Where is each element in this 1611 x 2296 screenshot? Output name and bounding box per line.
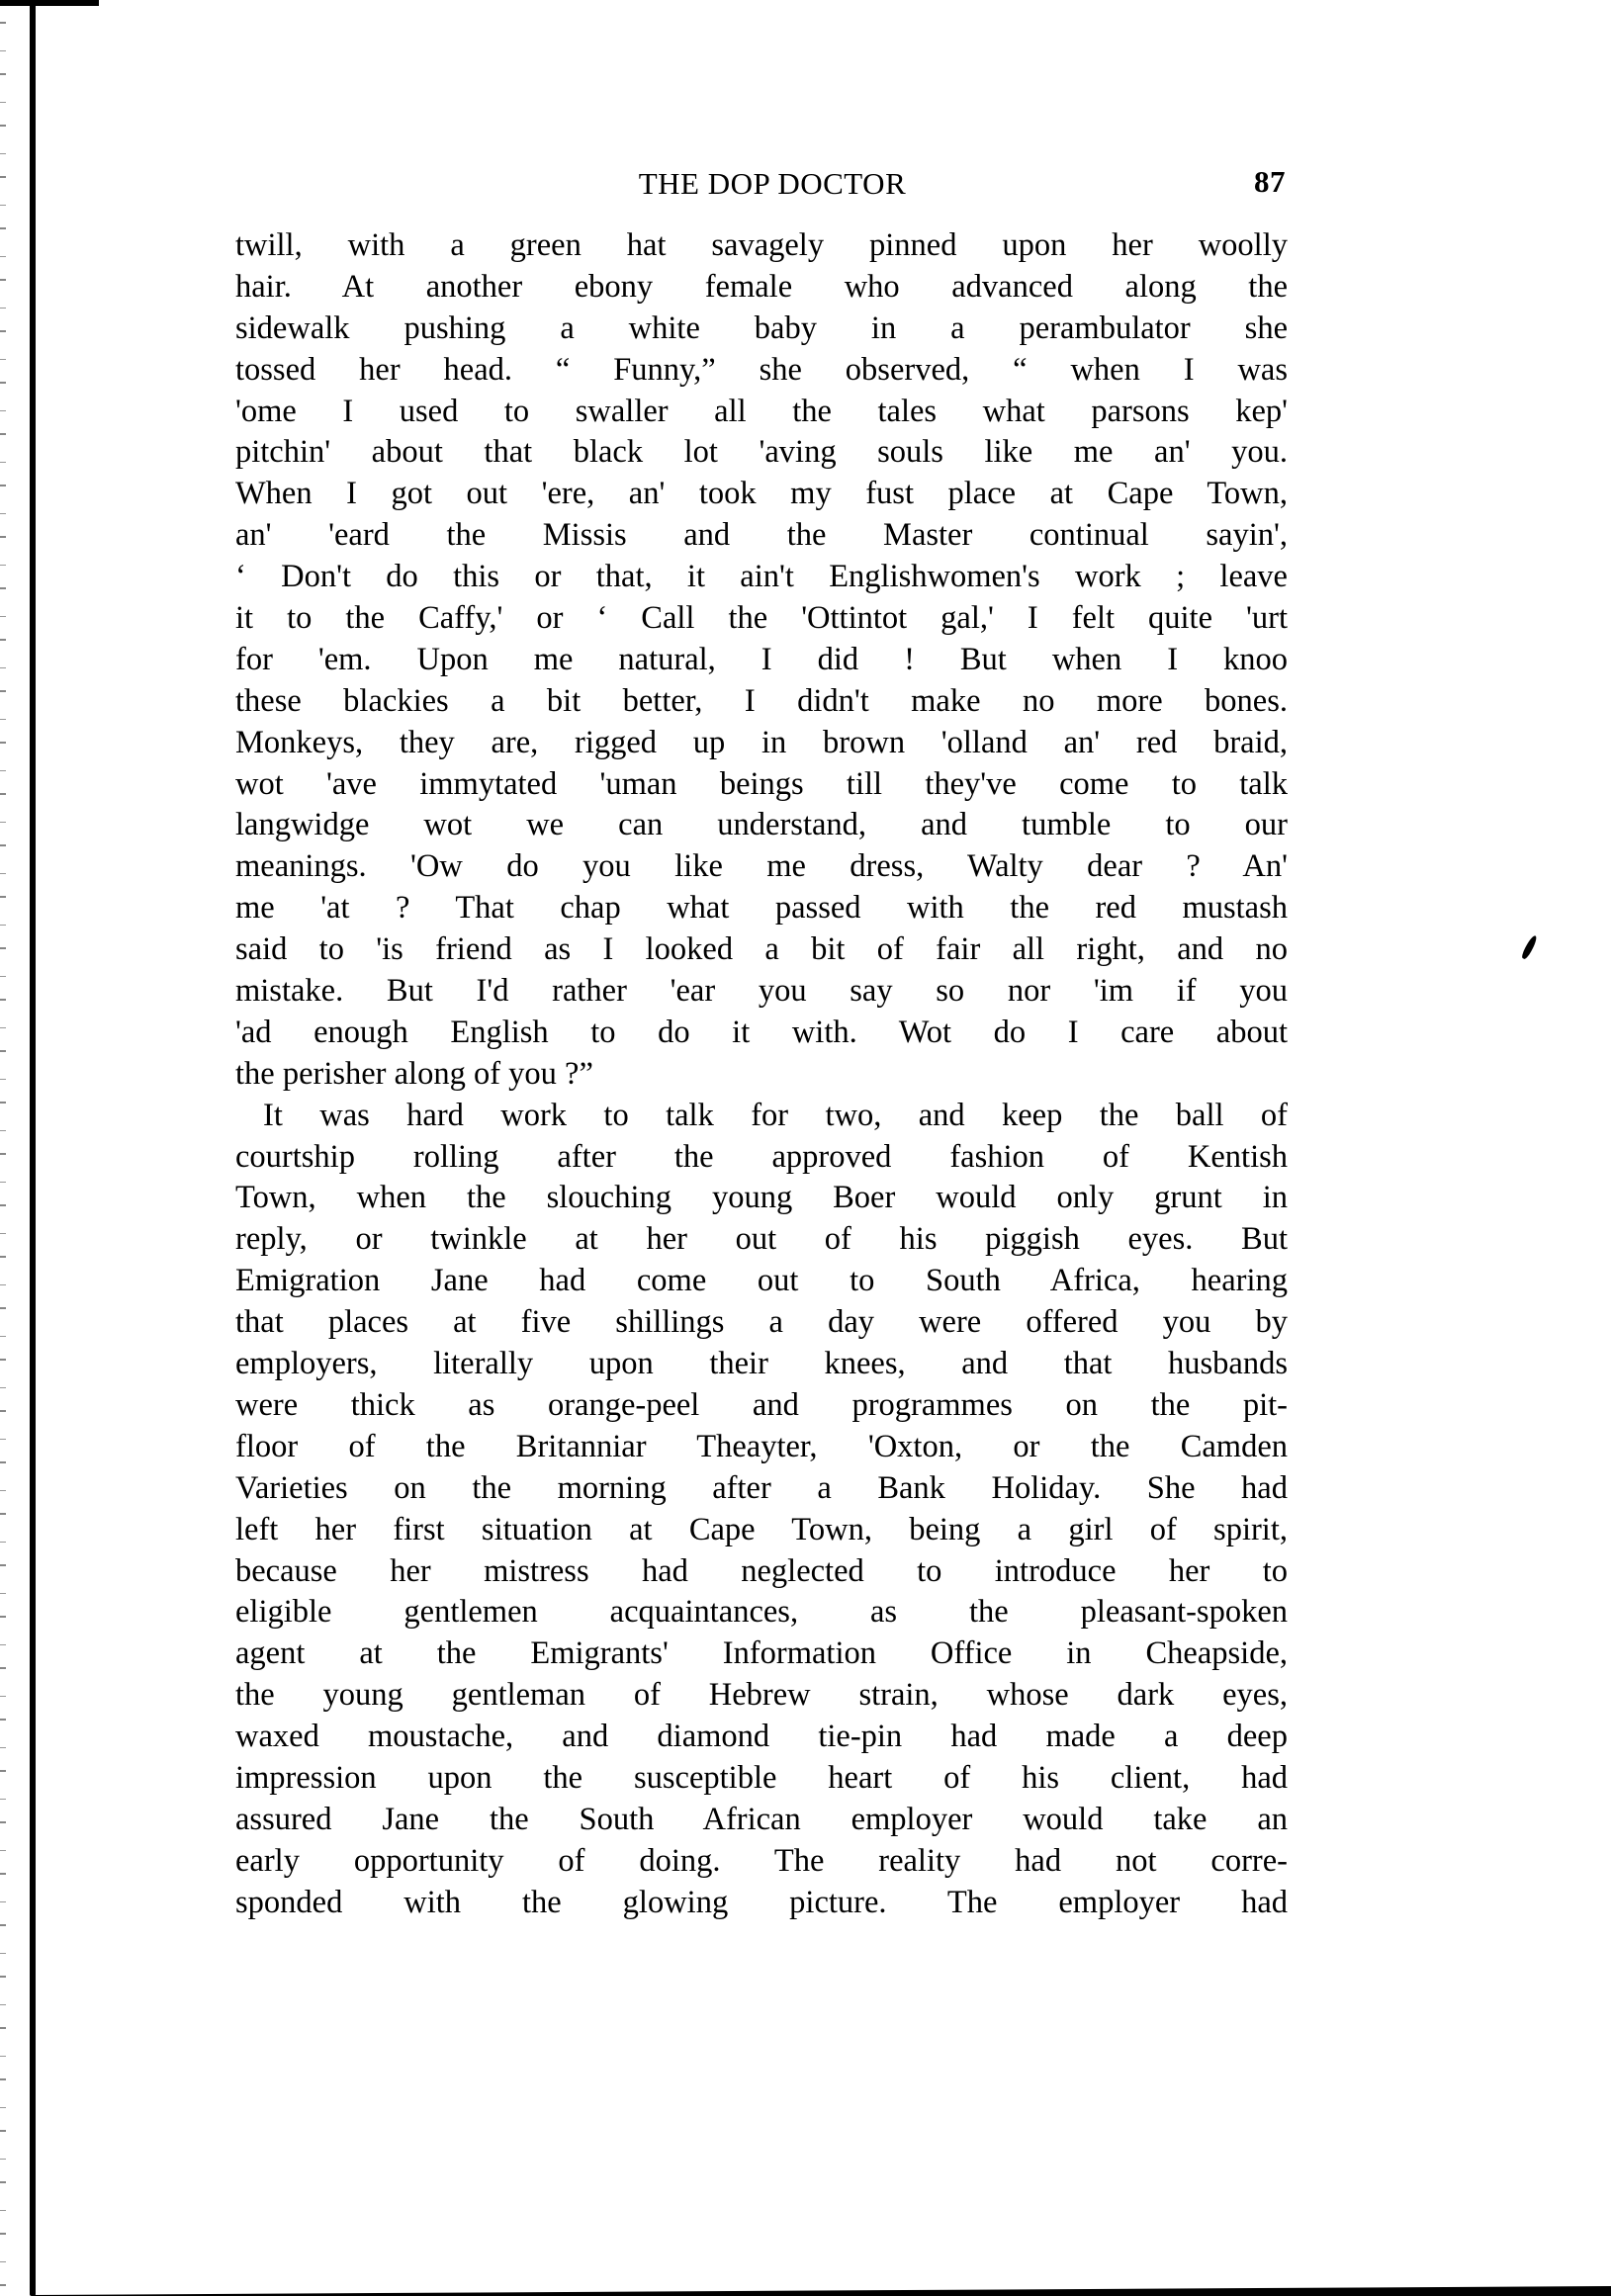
text-line: were thick as orange-peel and programmes… <box>235 1385 1288 1427</box>
text-line: it to the Caffy,' or ‘ Call the 'Ottinto… <box>235 598 1288 640</box>
text-line: reply, or twinkle at her out of his pigg… <box>235 1219 1288 1261</box>
text-line: pitchin' about that black lot 'aving sou… <box>235 432 1288 474</box>
paragraph-2: It was hard work to talk for two, and ke… <box>235 1096 1288 1924</box>
text-line: hair. At another ebony female who advanc… <box>235 267 1288 309</box>
text-line: the perisher along of you ?” <box>235 1054 1288 1096</box>
text-line: waxed moustache, and diamond tie-pin had… <box>235 1717 1288 1758</box>
text-line: ‘ Don't do this or that, it ain't Englis… <box>235 557 1288 598</box>
text-line: early opportunity of doing. The reality … <box>235 1841 1288 1883</box>
text-line: because her mistress had neglected to in… <box>235 1551 1288 1593</box>
text-line: Town, when the slouching young Boer woul… <box>235 1178 1288 1219</box>
running-head: THE DOP DOCTOR 87 <box>235 160 1288 208</box>
page-number: 87 <box>1254 164 1286 200</box>
paragraph-1: twill, with a green hat savagely pinned … <box>235 225 1288 1096</box>
text-line: me 'at ? That chap what passed with the … <box>235 888 1288 929</box>
text-line: mistake. But I'd rather 'ear you say so … <box>235 971 1288 1013</box>
text-line: It was hard work to talk for two, and ke… <box>235 1096 1288 1137</box>
text-line: When I got out 'ere, an' took my fust pl… <box>235 474 1288 515</box>
text-line: that places at five shillings a day were… <box>235 1302 1288 1344</box>
scan-top-shadow <box>0 0 99 6</box>
text-line: tossed her head. “ Funny,” she observed,… <box>235 350 1288 392</box>
text-line: eligible gentlemen acquaintances, as the… <box>235 1592 1288 1634</box>
text-line: 'ome I used to swaller all the tales wha… <box>235 392 1288 433</box>
text-line: twill, with a green hat savagely pinned … <box>235 225 1288 267</box>
text-line: assured Jane the South African employer … <box>235 1800 1288 1841</box>
ink-stray-mark <box>1520 934 1538 960</box>
text-line: Varieties on the morning after a Bank Ho… <box>235 1468 1288 1510</box>
text-line: employers, literally upon their knees, a… <box>235 1344 1288 1385</box>
text-line: 'ad enough English to do it with. Wot do… <box>235 1013 1288 1054</box>
text-line: sponded with the glowing picture. The em… <box>235 1883 1288 1924</box>
text-line: said to 'is friend as I looked a bit of … <box>235 929 1288 971</box>
text-line: left her first situation at Cape Town, b… <box>235 1510 1288 1551</box>
scan-edge-noise <box>0 0 6 2296</box>
text-line: agent at the Emigrants' Information Offi… <box>235 1634 1288 1675</box>
body-text: twill, with a green hat savagely pinned … <box>235 225 1288 1924</box>
text-line: an' 'eard the Missis and the Master cont… <box>235 515 1288 557</box>
text-line: Emigration Jane had come out to South Af… <box>235 1261 1288 1302</box>
scan-bottom-shadow <box>32 2286 1611 2296</box>
book-spine-shadow <box>30 4 36 2296</box>
book-page: THE DOP DOCTOR 87 twill, with a green ha… <box>235 160 1288 1924</box>
text-line: sidewalk pushing a white baby in a peram… <box>235 309 1288 350</box>
text-line: meanings. 'Ow do you like me dress, Walt… <box>235 846 1288 888</box>
text-line: impression upon the susceptible heart of… <box>235 1758 1288 1800</box>
text-line: these blackies a bit better, I didn't ma… <box>235 681 1288 723</box>
text-line: Monkeys, they are, rigged up in brown 'o… <box>235 723 1288 764</box>
text-line: langwidge wot we can understand, and tum… <box>235 805 1288 846</box>
text-line: the young gentleman of Hebrew strain, wh… <box>235 1675 1288 1717</box>
text-line: for 'em. Upon me natural, I did ! But wh… <box>235 640 1288 681</box>
text-line: courtship rolling after the approved fas… <box>235 1137 1288 1179</box>
text-line: floor of the Britanniar Theayter, 'Oxton… <box>235 1427 1288 1468</box>
text-line: wot 'ave immytated 'uman beings till the… <box>235 764 1288 806</box>
running-title: THE DOP DOCTOR <box>235 166 1288 202</box>
